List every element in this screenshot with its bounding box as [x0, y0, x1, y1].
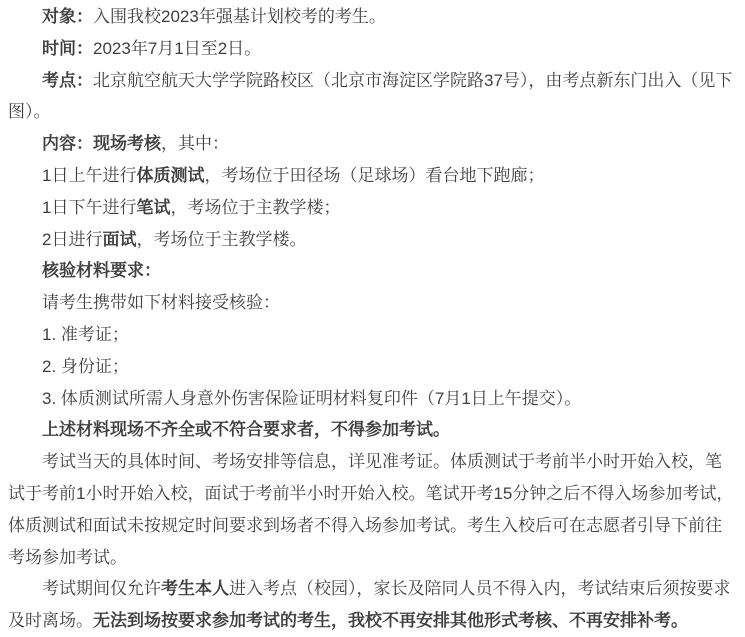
para-materials-intro: 请考生携带如下材料接受核验： — [8, 287, 736, 319]
para-materials-heading: 核验材料要求： — [8, 255, 736, 287]
para-exam-day-info: 考试当天的具体时间、考场安排等信息，详见准考证。体质测试于考前半小时开始入校，笔… — [8, 446, 736, 573]
para-target: 对象：入围我校2023年强基计划校考的考生。 — [8, 1, 736, 33]
para-material-3: 3. 体质测试所需人身意外伤害保险证明材料复印件（7月1日上午提交）。 — [8, 383, 736, 415]
para-entry-rules: 考试期间仅允许考生本人进入考点（校园），家长及陪同人员不得入内，考试结束后须按要… — [8, 573, 736, 637]
bold-text-segment: 体质测试 — [136, 166, 204, 185]
text-segment: ，考场位于田径场（足球场）看台地下跑廊； — [204, 166, 544, 185]
bold-text-segment: 面试 — [102, 230, 136, 249]
bold-text-segment: 笔试 — [136, 198, 170, 217]
text-segment: 2023年7月1日至2日。 — [93, 39, 261, 58]
notice-article: 对象：入围我校2023年强基计划校考的考生。时间：2023年7月1日至2日。考点… — [0, 0, 745, 637]
para-day2: 2日进行面试，考场位于主教学楼。 — [8, 224, 736, 256]
para-content-heading: 内容：现场考核，其中： — [8, 128, 736, 160]
text-segment: 2. 身份证； — [42, 357, 129, 376]
text-segment: ，考场位于主教学楼。 — [136, 230, 306, 249]
para-time: 时间：2023年7月1日至2日。 — [8, 33, 736, 65]
text-segment: 考试期间仅允许 — [42, 579, 161, 598]
text-segment: 2日进行 — [42, 230, 102, 249]
para-materials-warning: 上述材料现场不齐全或不符合要求者，不得参加考试。 — [8, 414, 736, 446]
text-segment: 考试当天的具体时间、考场安排等信息，详见准考证。体质测试于考前半小时开始入校，笔… — [8, 452, 733, 566]
bold-text-segment: 考生本人 — [161, 579, 229, 598]
bold-text-segment: 上述材料现场不齐全或不符合要求者，不得参加考试。 — [42, 420, 450, 439]
bold-text-segment: 无法到场按要求参加考试的考生，我校不再安排其他形式考核、不再安排补考。 — [93, 611, 688, 630]
text-segment: 3. 体质测试所需人身意外伤害保险证明材料复印件（7月1日上午提交）。 — [42, 389, 581, 408]
para-venue: 考点：北京航空航天大学学院路校区（北京市海淀区学院路37号），由考点新东门出入（… — [8, 65, 736, 129]
text-segment: ，其中： — [161, 134, 229, 153]
para-material-2: 2. 身份证； — [8, 351, 736, 383]
para-day1-morning: 1日上午进行体质测试，考场位于田径场（足球场）看台地下跑廊； — [8, 160, 736, 192]
text-segment: 1日上午进行 — [42, 166, 136, 185]
bold-text-segment: 对象： — [42, 7, 93, 26]
bold-text-segment: 时间： — [42, 39, 93, 58]
para-day1-afternoon: 1日下午进行笔试，考场位于主教学楼； — [8, 192, 736, 224]
bold-text-segment: 内容：现场考核 — [42, 134, 161, 153]
text-segment: ，考场位于主教学楼； — [170, 198, 340, 217]
text-segment: 入围我校2023年强基计划校考的考生。 — [93, 7, 386, 26]
bold-text-segment: 核验材料要求： — [42, 261, 161, 280]
text-segment: 北京航空航天大学学院路校区（北京市海淀区学院路37号），由考点新东门出入（见下图… — [8, 71, 732, 122]
text-segment: 请考生携带如下材料接受核验： — [42, 293, 280, 312]
text-segment: 1日下午进行 — [42, 198, 136, 217]
bold-text-segment: 考点： — [42, 71, 93, 90]
text-segment: 1. 准考证； — [42, 325, 129, 344]
para-material-1: 1. 准考证； — [8, 319, 736, 351]
